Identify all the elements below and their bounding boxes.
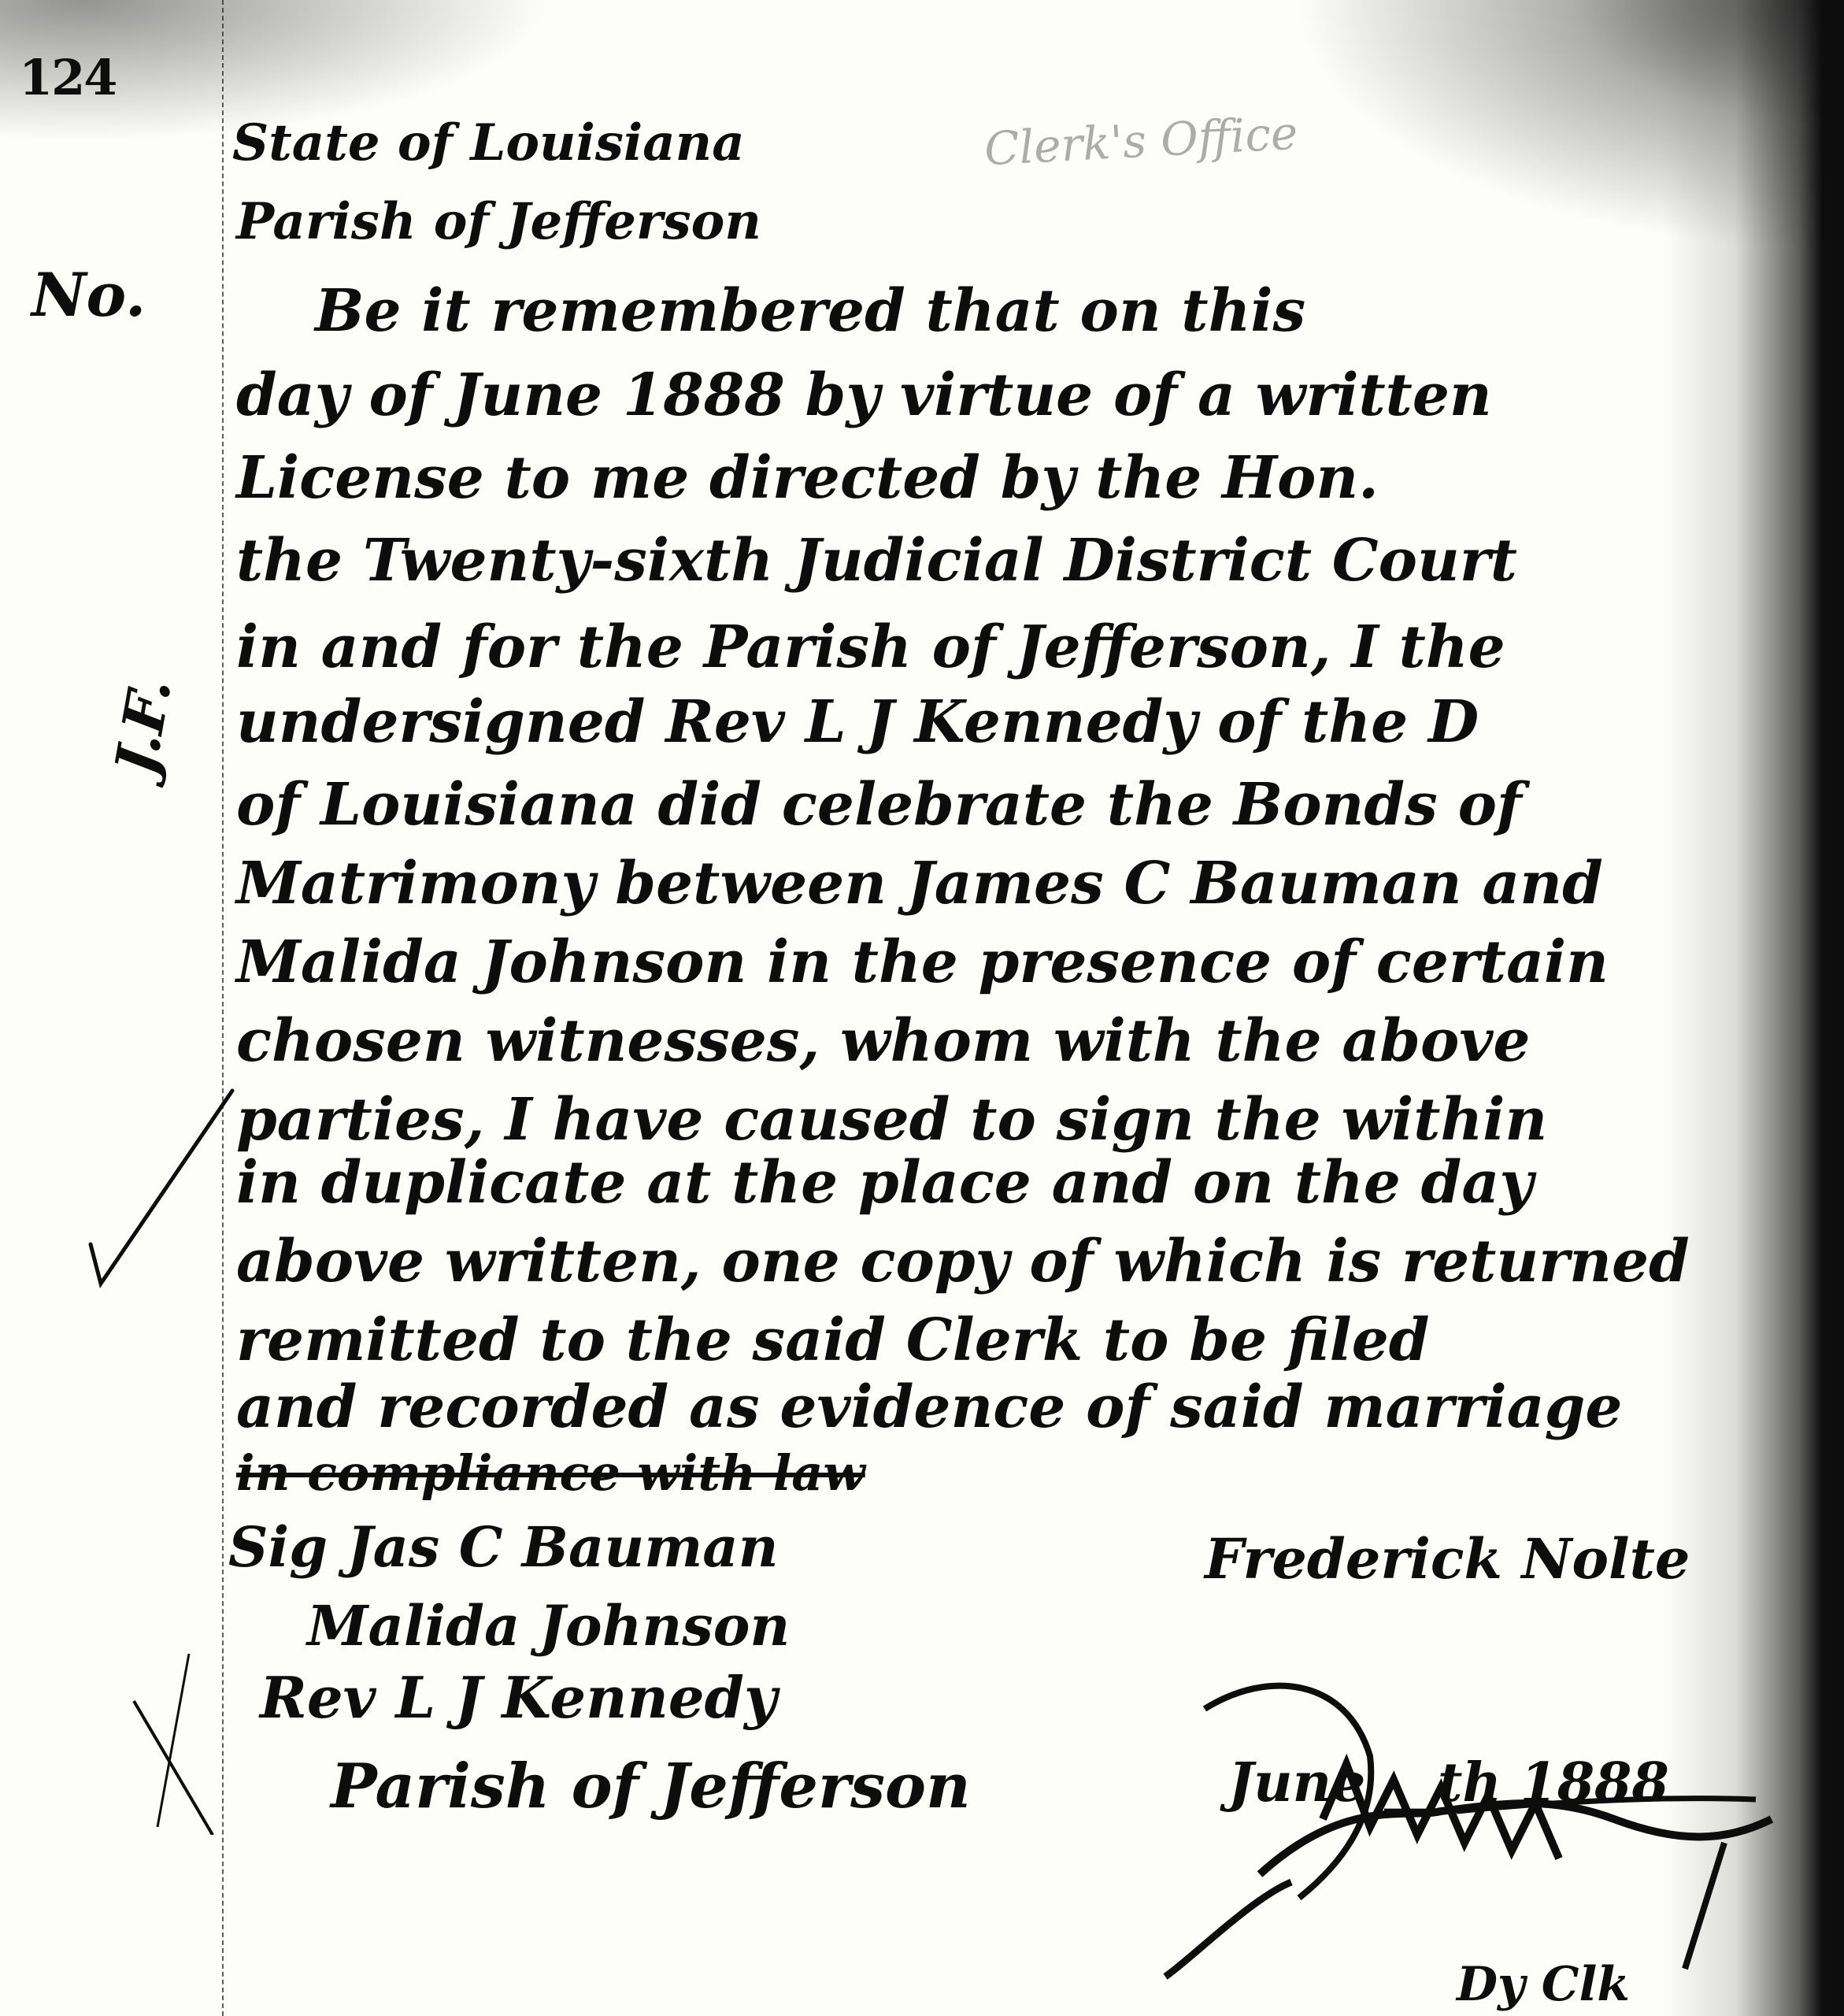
cross-mark-icon	[126, 1654, 220, 1835]
body-line-6: undersigned Rev L J Kennedy of the D	[236, 693, 1479, 751]
signature-groom: Sig Jas C Bauman	[228, 1520, 779, 1575]
page-number: 124	[19, 49, 116, 106]
check-mark-icon	[87, 1087, 236, 1291]
ledger-page: 124 Clerk's Office State of Louisiana Pa…	[0, 0, 1844, 2016]
body-line-3: License to me directed by the Hon.	[236, 449, 1379, 507]
body-line-10: chosen witnesses, whom with the above	[236, 1012, 1530, 1070]
body-line-4: the Twenty-sixth Judicial District Court	[236, 532, 1517, 590]
signature-officiant: Rev L J Kennedy	[260, 1669, 777, 1726]
body-line-7: of Louisiana did celebrate the Bonds of	[236, 776, 1522, 834]
body-line-1: Be it remembered that on this	[315, 282, 1305, 340]
body-line-14: remitted to the said Clerk to be filed	[236, 1311, 1430, 1369]
body-line-12: in duplicate at the place and on the day	[236, 1154, 1533, 1212]
body-line-5: in and for the Parish of Jefferson, I th…	[236, 618, 1505, 676]
signature-witness: Frederick Nolte	[1205, 1532, 1690, 1587]
body-line-2: day of June 1888 by virtue of a written	[236, 366, 1492, 424]
record-number-label: No.	[31, 260, 146, 330]
margin-rule	[222, 0, 224, 2016]
header-state: State of Louisiana	[232, 118, 745, 169]
signature-bride: Malida Johnson	[307, 1599, 790, 1654]
body-line-8: Matrimony between James C Bauman and	[236, 854, 1603, 913]
body-line-13: above written, one copy of which is retu…	[236, 1232, 1690, 1291]
body-line-15: and recorded as evidence of said marriag…	[236, 1378, 1622, 1436]
body-line-16-struck: in compliance with law	[236, 1449, 865, 1498]
body-line-9: Malida Johnson in the presence of certai…	[236, 933, 1609, 991]
bleedthrough-text: Clerk's Office	[983, 110, 1299, 172]
header-parish: Parish of Jefferson	[236, 197, 761, 247]
clerk-flourish-signature-icon	[1142, 1662, 1787, 1992]
margin-initials: J.F.	[102, 673, 184, 780]
body-line-11: parties, I have caused to sign the withi…	[236, 1091, 1547, 1149]
place-line: Parish of Jefferson	[331, 1756, 971, 1818]
